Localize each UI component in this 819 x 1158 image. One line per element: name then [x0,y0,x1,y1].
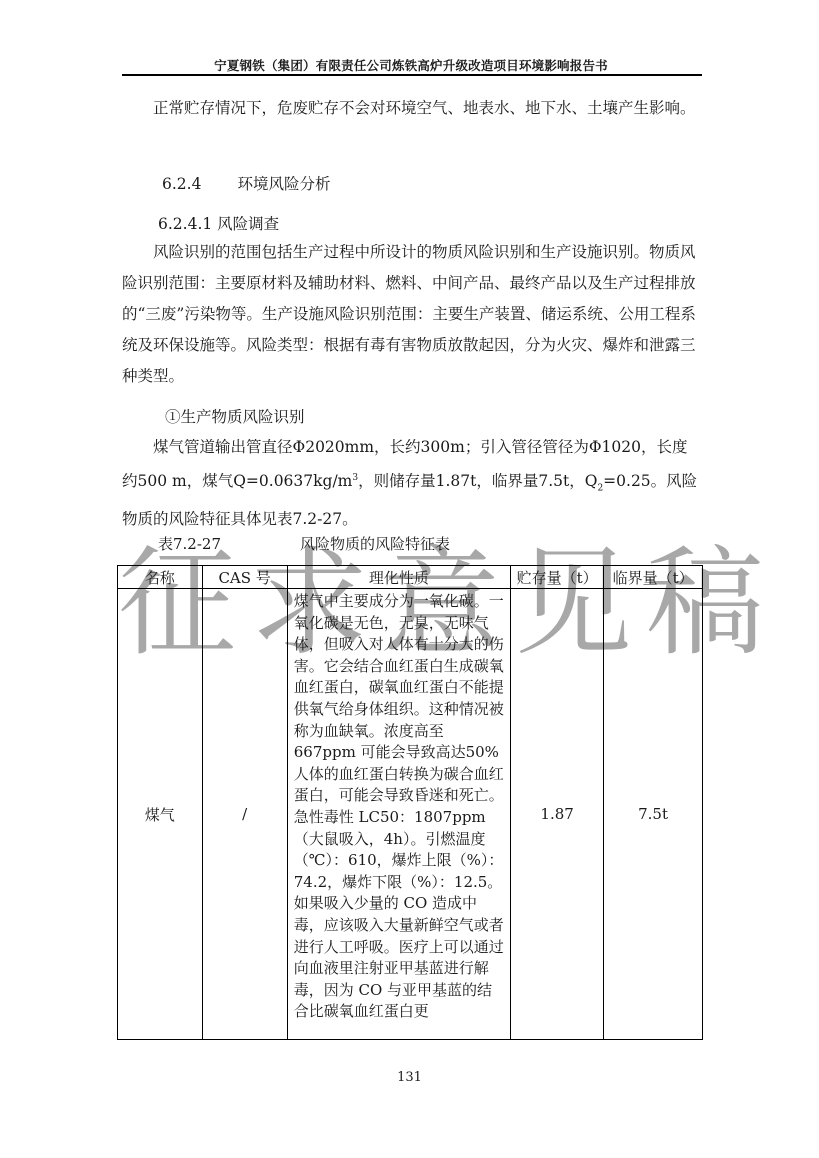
section-number: 6.2.4.1 [158,215,212,233]
section-title: 环境风险分析 [237,175,330,193]
table-row: 煤气 / 煤气中主要成分为一氧化碳。一氧化碳是无色，无臭，无味气体，但吸入对人体… [118,589,703,1040]
risk-characteristics-table: 名称 CAS 号 理化性质 贮存量（t） 临界量（t） 煤气 / 煤气中主要成分… [117,565,703,1040]
table-caption-title: 风险物质的风险特征表 [300,533,450,554]
paragraph-risk-scope: 风险识别的范围包括生产过程中所设计的物质风险识别和生产设施识别。物质风险识别范围… [122,237,700,392]
column-header-name: 名称 [118,566,203,589]
section-heading-6-2-4-1: 6.2.4.1 风险调查 [158,212,279,234]
column-header-storage: 贮存量（t） [511,566,604,589]
paragraph-hazardous-storage: 正常贮存情况下，危废贮存不会对环境空气、地表水、地下水、土壤产生影响。 [122,93,700,124]
paragraph-gas-pipeline: 煤气管道输出管直径Φ2020mm，长约300m；引入管径管径为Φ1020，长度约… [122,432,700,535]
cell-storage: 1.87 [511,589,604,1040]
table-caption-number: 表7.2-27 [158,533,221,554]
column-header-properties: 理化性质 [287,566,510,589]
table-header-row: 名称 CAS 号 理化性质 贮存量（t） 临界量（t） [118,566,703,589]
column-header-cas: CAS 号 [202,566,287,589]
section-number: 6.2.4 [162,175,201,193]
document-header-title: 宁夏钢铁（集团）有限责任公司炼铁高炉升级改造项目环境影响报告书 [122,56,700,74]
cell-name: 煤气 [118,589,203,1040]
section-title: 风险调查 [217,215,279,233]
subheading-material-risk: ①生产物质风险识别 [165,405,305,427]
section-heading-6-2-4: 6.2.4环境风险分析 [162,172,330,194]
header-divider [122,74,702,76]
cell-cas: / [202,589,287,1040]
page-number: 131 [0,1070,819,1085]
cell-properties: 煤气中主要成分为一氧化碳。一氧化碳是无色，无臭，无味气体，但吸入对人体有十分大的… [287,589,510,1040]
text-run: ，则储存量1.87t，临界量7.5t，Q [358,472,597,490]
cell-critical: 7.5t [604,589,703,1040]
column-header-critical: 临界量（t） [604,566,703,589]
